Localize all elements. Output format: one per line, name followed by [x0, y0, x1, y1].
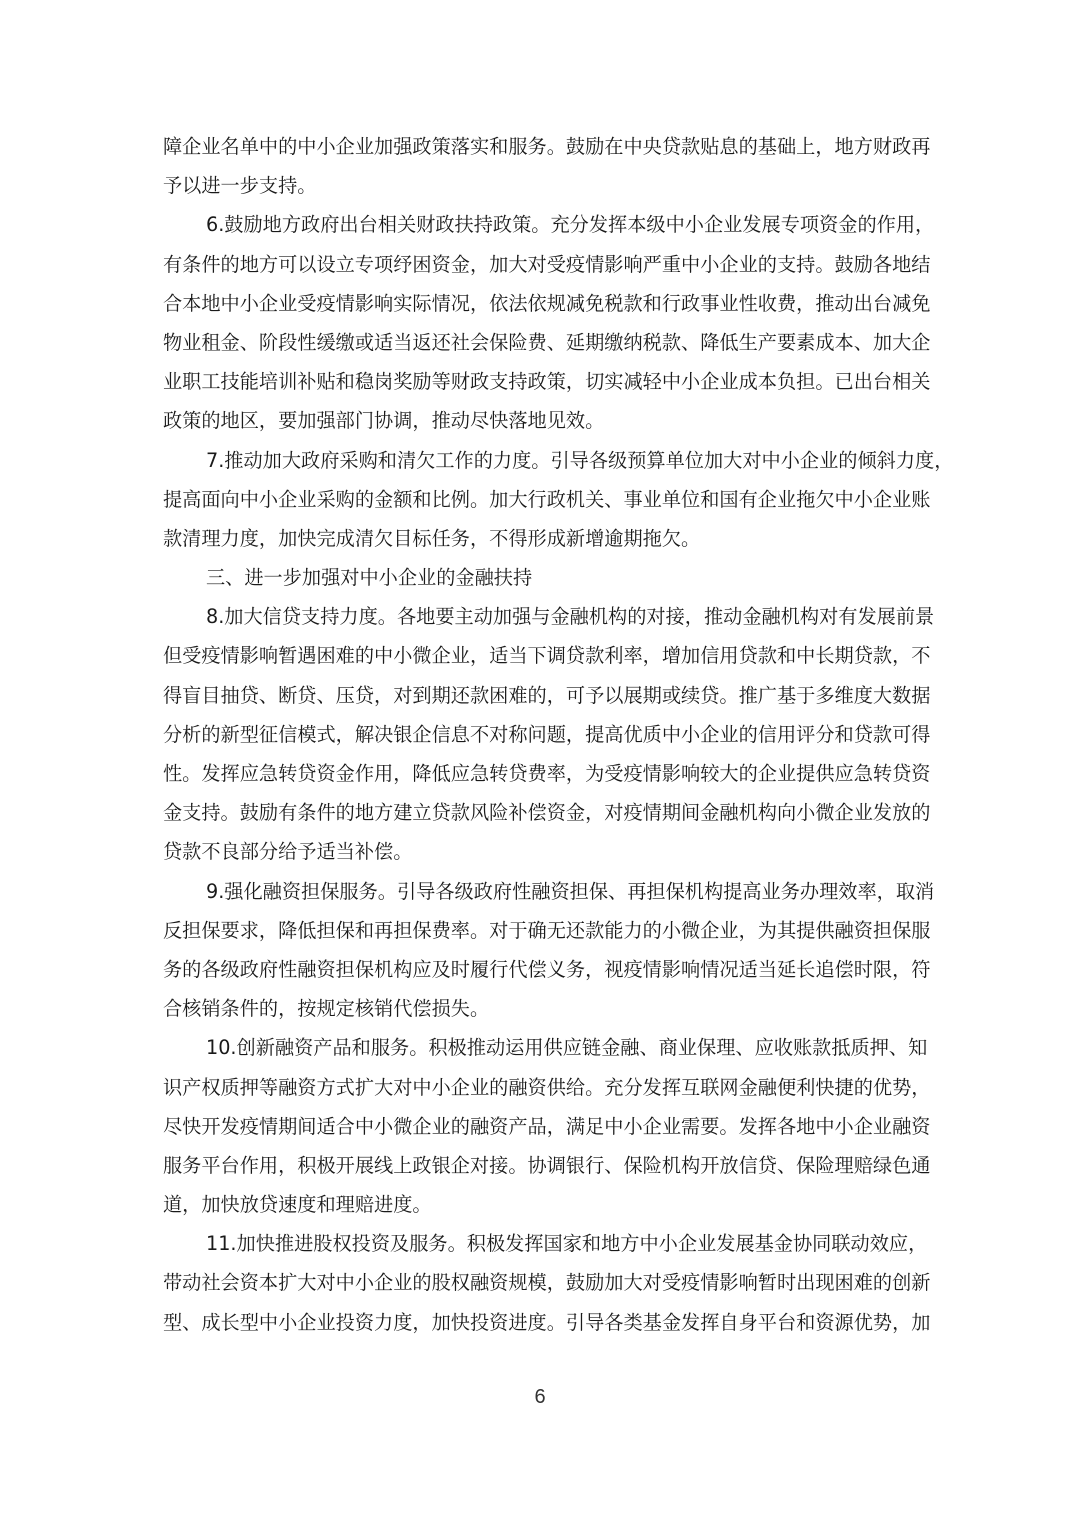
text-line: 款清理力度，加快完成清欠目标任务，不得形成新增逾期拖欠。 — [163, 519, 917, 558]
text-line: 得盲目抽贷、断贷、压贷，对到期还款困难的，可予以展期或续贷。推广基于多维度大数据 — [163, 676, 917, 715]
text-line: 提高面向中小企业采购的金额和比例。加大行政机关、事业单位和国有企业拖欠中小企业账 — [163, 480, 917, 519]
document-page: 障企业名单中的中小企业加强政策落实和服务。鼓励在中央贷款贴息的基础上，地方财政再… — [0, 0, 1080, 1527]
section-heading: 三、进一步加强对中小企业的金融扶持 — [163, 558, 917, 597]
text-line: 务的各级政府性融资担保机构应及时履行代偿义务，视疫情影响情况适当延长追偿时限，符 — [163, 950, 917, 989]
text-line: 型、成长型中小企业投资力度，加快投资进度。引导各类基金发挥自身平台和资源优势，加 — [163, 1303, 917, 1342]
text-line: 10.创新融资产品和服务。积极推动运用供应链金融、商业保理、应收账款抵质押、知 — [163, 1028, 917, 1067]
text-line: 政策的地区，要加强部门协调，推动尽快落地见效。 — [163, 401, 917, 440]
paragraph: 9.强化融资担保服务。引导各级政府性融资担保、再担保机构提高业务办理效率，取消反… — [163, 872, 917, 1029]
text-line: 三、进一步加强对中小企业的金融扶持 — [163, 558, 917, 597]
paragraph: 8.加大信贷支持力度。各地要主动加强与金融机构的对接，推动金融机构对有发展前景但… — [163, 597, 917, 871]
paragraph: 10.创新融资产品和服务。积极推动运用供应链金融、商业保理、应收账款抵质押、知识… — [163, 1028, 917, 1224]
text-line: 有条件的地方可以设立专项纾困资金，加大对受疫情影响严重中小企业的支持。鼓励各地结 — [163, 245, 917, 284]
text-line: 9.强化融资担保服务。引导各级政府性融资担保、再担保机构提高业务办理效率，取消 — [163, 872, 917, 911]
text-line: 性。发挥应急转贷资金作用，降低应急转贷费率，为受疫情影响较大的企业提供应急转贷资 — [163, 754, 917, 793]
text-line: 尽快开发疫情期间适合中小微企业的融资产品，满足中小企业需要。发挥各地中小企业融资 — [163, 1107, 917, 1146]
text-line: 识产权质押等融资方式扩大对中小企业的融资供给。充分发挥互联网金融便利快捷的优势， — [163, 1068, 917, 1107]
paragraph: 障企业名单中的中小企业加强政策落实和服务。鼓励在中央贷款贴息的基础上，地方财政再… — [163, 127, 917, 205]
text-line: 物业租金、阶段性缓缴或适当返还社会保险费、延期缴纳税款、降低生产要素成本、加大企 — [163, 323, 917, 362]
text-line: 但受疫情影响暂遇困难的中小微企业，适当下调贷款利率，增加信用贷款和中长期贷款，不 — [163, 636, 917, 675]
page-number: 6 — [0, 1386, 1080, 1409]
text-line: 分析的新型征信模式，解决银企信息不对称问题，提高优质中小企业的信用评分和贷款可得 — [163, 715, 917, 754]
document-body: 障企业名单中的中小企业加强政策落实和服务。鼓励在中央贷款贴息的基础上，地方财政再… — [163, 127, 917, 1342]
paragraph: 6.鼓励地方政府出台相关财政扶持政策。充分发挥本级中小企业发展专项资金的作用，有… — [163, 205, 917, 440]
text-line: 障企业名单中的中小企业加强政策落实和服务。鼓励在中央贷款贴息的基础上，地方财政再 — [163, 127, 917, 166]
text-line: 反担保要求，降低担保和再担保费率。对于确无还款能力的小微企业，为其提供融资担保服 — [163, 911, 917, 950]
text-line: 11.加快推进股权投资及服务。积极发挥国家和地方中小企业发展基金协同联动效应， — [163, 1224, 917, 1263]
text-line: 8.加大信贷支持力度。各地要主动加强与金融机构的对接，推动金融机构对有发展前景 — [163, 597, 917, 636]
text-line: 6.鼓励地方政府出台相关财政扶持政策。充分发挥本级中小企业发展专项资金的作用， — [163, 205, 917, 244]
paragraph: 7.推动加大政府采购和清欠工作的力度。引导各级预算单位加大对中小企业的倾斜力度，… — [163, 441, 917, 559]
text-line: 金支持。鼓励有条件的地方建立贷款风险补偿资金，对疫情期间金融机构向小微企业发放的 — [163, 793, 917, 832]
paragraph: 11.加快推进股权投资及服务。积极发挥国家和地方中小企业发展基金协同联动效应，带… — [163, 1224, 917, 1342]
text-line: 业职工技能培训补贴和稳岗奖励等财政支持政策，切实减轻中小企业成本负担。已出台相关 — [163, 362, 917, 401]
text-line: 贷款不良部分给予适当补偿。 — [163, 832, 917, 871]
text-line: 服务平台作用，积极开展线上政银企对接。协调银行、保险机构开放信贷、保险理赔绿色通 — [163, 1146, 917, 1185]
text-line: 道，加快放贷速度和理赔进度。 — [163, 1185, 917, 1224]
text-line: 带动社会资本扩大对中小企业的股权融资规模，鼓励加大对受疫情影响暂时出现困难的创新 — [163, 1263, 917, 1302]
text-line: 合本地中小企业受疫情影响实际情况，依法依规减免税款和行政事业性收费，推动出台减免 — [163, 284, 917, 323]
text-line: 予以进一步支持。 — [163, 166, 917, 205]
text-line: 合核销条件的，按规定核销代偿损失。 — [163, 989, 917, 1028]
text-line: 7.推动加大政府采购和清欠工作的力度。引导各级预算单位加大对中小企业的倾斜力度， — [163, 441, 917, 480]
